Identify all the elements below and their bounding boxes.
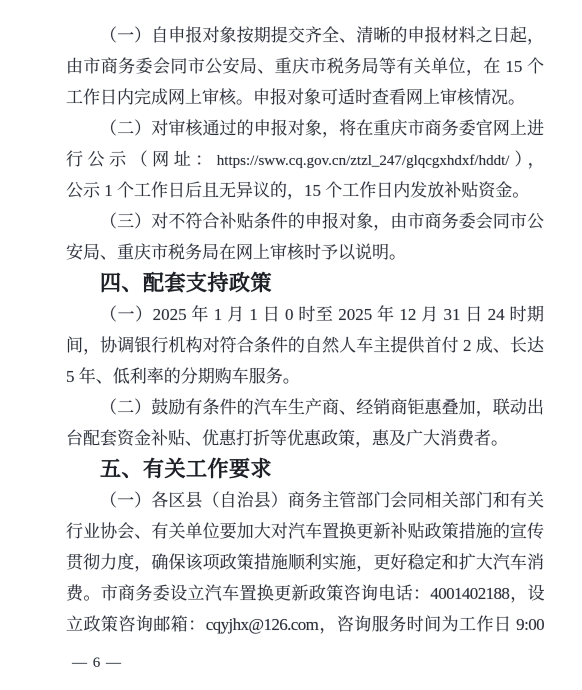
document-line: 安局、重庆市税务局在网上审核时予以说明。: [66, 237, 544, 268]
url-text: https://sww.cq.gov.cn/ztzl_247/glqcgxhdx…: [217, 153, 510, 169]
document-line: （三）对不符合补贴条件的申报对象，由市商务委会同市公: [66, 206, 544, 237]
document-line: 工作日内完成网上审核。申报对象可适时查看网上审核情况。: [66, 82, 544, 113]
document-line: 5 年、低利率的分期购车服务。: [66, 361, 544, 392]
document-line: 贯彻力度，确保该项政策措施顺利实施，更好稳定和扩大汽车消: [66, 547, 544, 578]
document-line: （二）鼓励有条件的汽车生产商、经销商钜惠叠加，联动出: [66, 392, 544, 423]
url-suffix-text: ），: [509, 150, 544, 169]
document-line: 间，协调银行机构对符合条件的自然人车主提供首付 2 成、长达: [66, 330, 544, 361]
page-number: — 6 —: [72, 655, 122, 672]
document-body: （一）自申报对象按期提交齐全、清晰的申报材料之日起， 由市商务委会同市公安局、重…: [66, 20, 544, 640]
document-line: 台配套资金补贴、优惠打折等优惠政策，惠及广大消费者。: [66, 423, 544, 454]
document-line: （一）自申报对象按期提交齐全、清晰的申报材料之日起，: [66, 20, 544, 51]
document-line: （一）2025 年 1 月 1 日 0 时至 2025 年 12 月 31 日 …: [66, 299, 544, 330]
document-line-url: 行公示（网址：https://sww.cq.gov.cn/ztzl_247/gl…: [66, 144, 544, 175]
document-line: （二）对审核通过的申报对象，将在重庆市商务委官网上进: [66, 113, 544, 144]
url-prefix-text: 行公示（网址：: [66, 150, 217, 169]
document-line: 立政策咨询邮箱：cqyjhx@126.com，咨询服务时间为工作日 9:00: [66, 609, 544, 640]
document-page: { "page": { "background": "#ffffff", "te…: [0, 0, 582, 690]
document-line: 行业协会、有关单位要加大对汽车置换更新补贴政策措施的宣传: [66, 516, 544, 547]
section-heading-5: 五、有关工作要求: [66, 454, 544, 485]
document-line: 费。市商务委设立汽车置换更新政策咨询电话：4001402188，设: [66, 578, 544, 609]
section-heading-4: 四、配套支持政策: [66, 268, 544, 299]
document-line: 由市商务委会同市公安局、重庆市税务局等有关单位，在 15 个: [66, 51, 544, 82]
document-line: 公示 1 个工作日后且无异议的，15 个工作日内发放补贴资金。: [66, 175, 544, 206]
document-line: （一）各区县（自治县）商务主管部门会同相关部门和有关: [66, 485, 544, 516]
